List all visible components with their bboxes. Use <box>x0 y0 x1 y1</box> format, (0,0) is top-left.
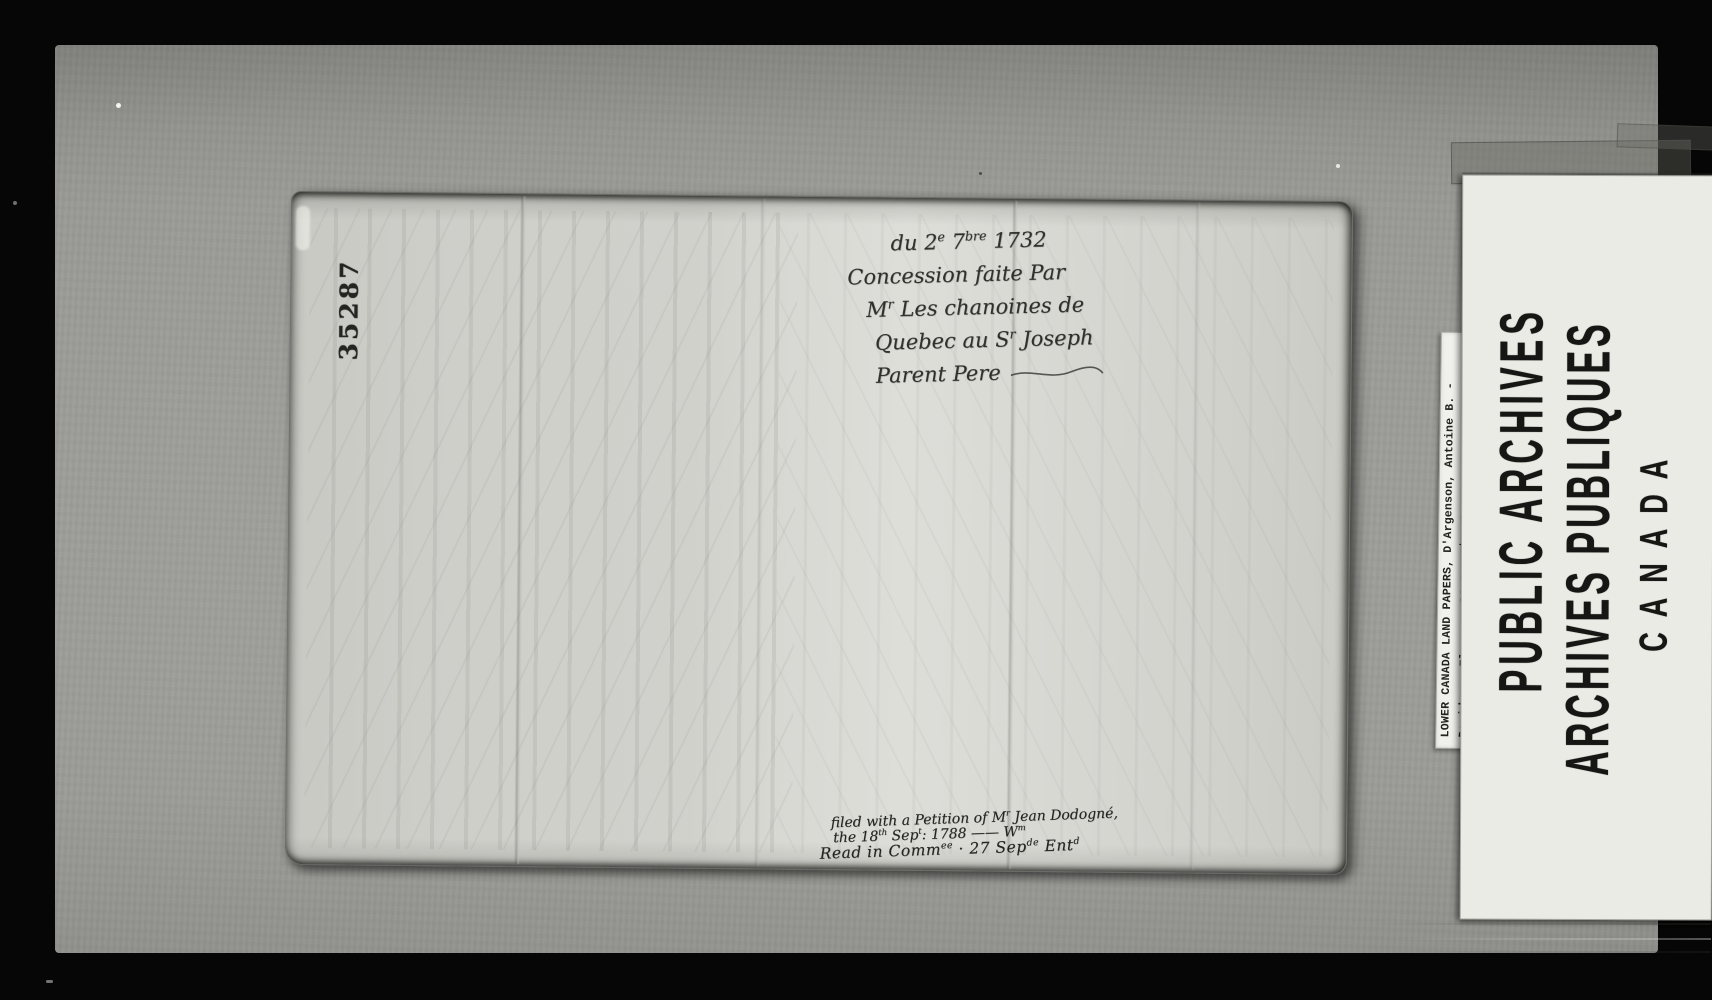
flourish-line <box>1009 364 1105 382</box>
dust-speck <box>979 172 982 175</box>
endorsement-line: Parent Pere <box>875 353 1150 393</box>
folded-document: 35287 du 2e 7bre 1732 Concession faite P… <box>285 191 1353 875</box>
bleed-through-texture-left <box>304 208 798 853</box>
film-scratch <box>1395 938 1711 940</box>
fold-crease <box>754 198 766 866</box>
stamp-number: 35287 <box>334 258 364 360</box>
archives-card: PUBLIC ARCHIVES ARCHIVES PUBLIQUES CANAD… <box>1460 175 1712 921</box>
film-scratch <box>1365 951 1711 953</box>
fold-crease <box>514 196 526 864</box>
paper-corner-highlight <box>296 206 310 250</box>
microfilm-frame: 35287 du 2e 7bre 1732 Concession faite P… <box>55 45 1658 953</box>
archives-card-text: PUBLIC ARCHIVES ARCHIVES PUBLIQUES CANAD… <box>1486 167 1689 928</box>
filing-annotation: filed with a Petition of Mr Jean Dodogné… <box>830 805 1161 861</box>
dust-speck <box>1336 164 1340 168</box>
tape-piece <box>1617 123 1712 151</box>
dust-speck <box>13 201 17 205</box>
dust-speck <box>46 980 53 983</box>
dust-speck <box>116 103 121 108</box>
fold-crease <box>1189 203 1201 871</box>
archives-card-country: CANADA <box>1620 168 1689 928</box>
endorsement-title: du 2e 7bre 1732 Concession faite Par Mr … <box>846 221 1150 394</box>
